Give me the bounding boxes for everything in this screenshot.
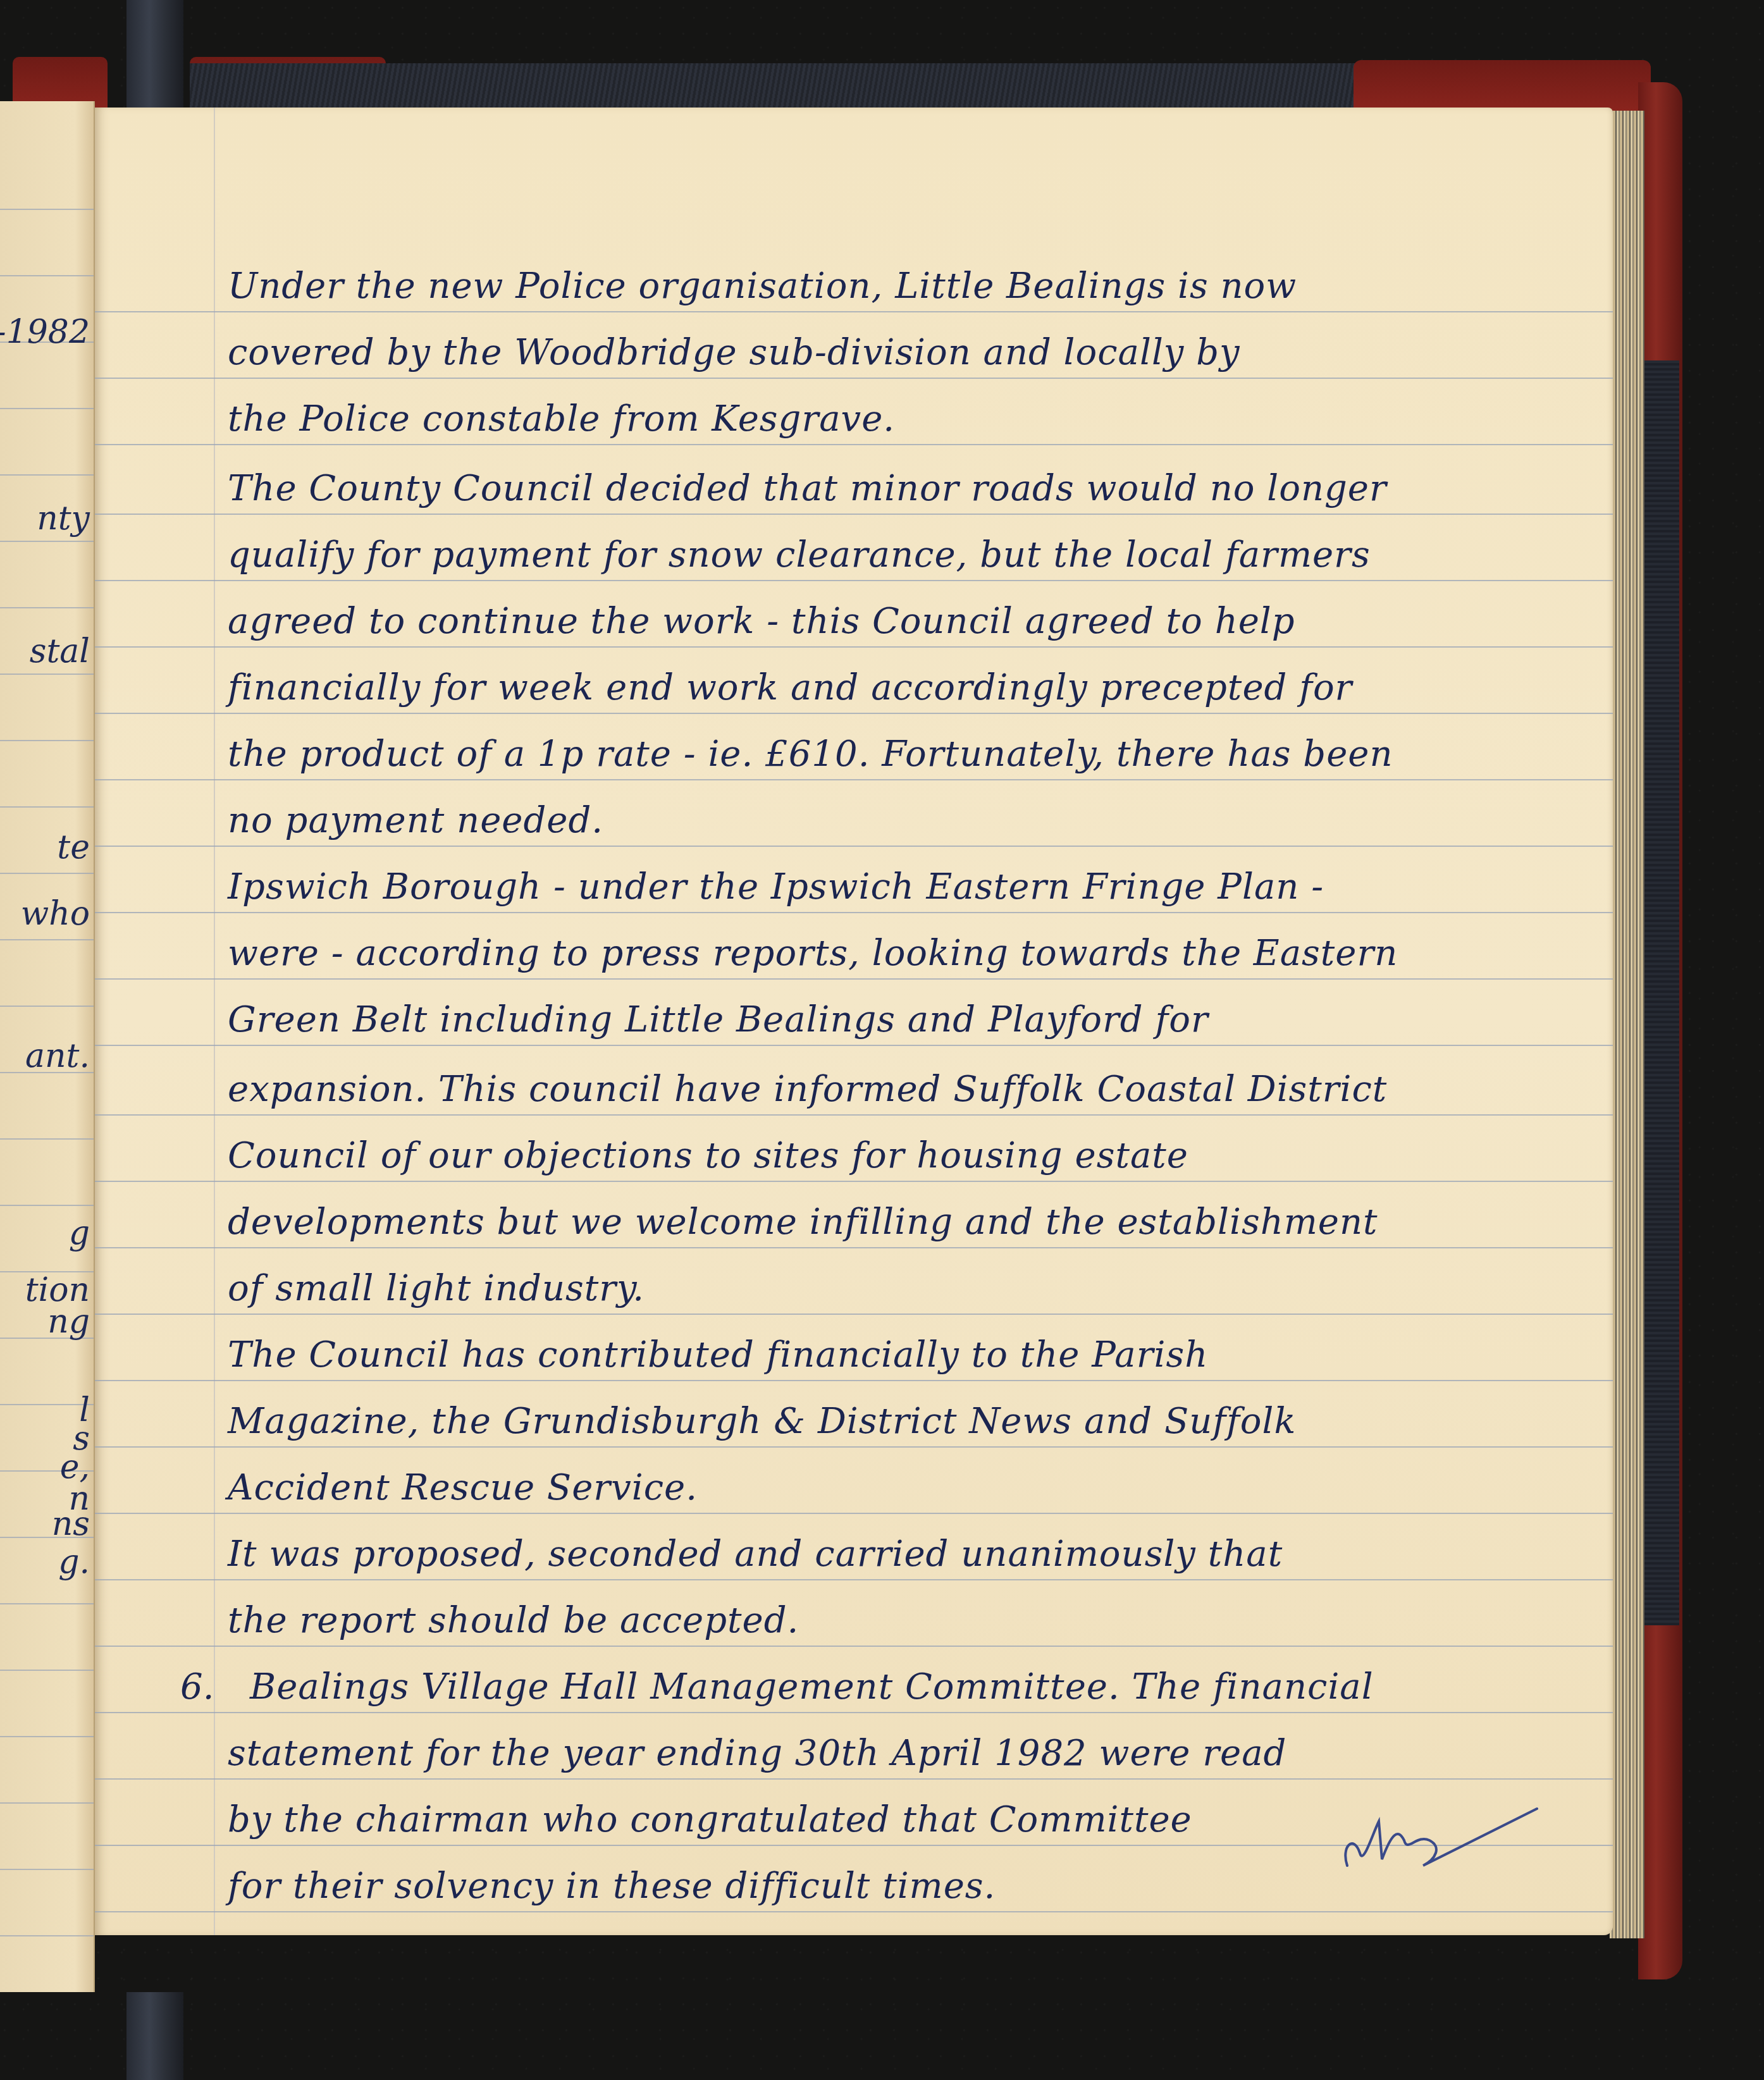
ruled-line <box>95 1646 1613 1647</box>
handwritten-line: no payment needed. <box>228 800 603 841</box>
left-page-text-fragment: ng <box>47 1303 90 1341</box>
ruled-line <box>0 1006 94 1007</box>
handwritten-line: the report should be accepted. <box>228 1600 799 1641</box>
ruled-line <box>0 674 94 675</box>
ruled-line <box>95 1314 1613 1315</box>
ruled-line <box>0 740 94 741</box>
ruled-line <box>0 1603 94 1604</box>
ruled-line <box>0 1205 94 1206</box>
ruled-line <box>0 806 94 808</box>
ruled-line <box>95 646 1613 648</box>
handwritten-line: covered by the Woodbridge sub-division a… <box>228 332 1240 373</box>
page-stack-edge <box>1610 111 1644 1938</box>
left-page-text-fragment: g. <box>58 1543 90 1581</box>
handwritten-line: financially for week end work and accord… <box>228 667 1352 708</box>
ruled-line <box>95 1181 1613 1182</box>
handwritten-line: were - according to press reports, looki… <box>228 933 1398 974</box>
ruled-line <box>0 1138 94 1140</box>
handwritten-line: expansion. This council have informed Su… <box>228 1069 1387 1110</box>
bookmark-ribbon-top <box>126 0 183 108</box>
ruled-line <box>95 912 1613 913</box>
ruled-line <box>95 1247 1613 1248</box>
ruled-line <box>95 978 1613 980</box>
ruled-line <box>0 1736 94 1737</box>
item-number: 6. <box>180 1666 214 1708</box>
ruled-line <box>95 444 1613 445</box>
minute-book-page: Under the new Police organisation, Littl… <box>95 108 1613 1935</box>
ruled-line <box>95 1911 1613 1912</box>
ruled-line <box>95 1579 1613 1580</box>
handwritten-line: Under the new Police organisation, Littl… <box>228 266 1297 307</box>
ruled-line <box>95 1045 1613 1046</box>
ruled-line <box>0 873 94 874</box>
ruled-line <box>95 846 1613 847</box>
handwritten-line: for their solvency in these difficult ti… <box>228 1866 996 1907</box>
ruled-line <box>0 1670 94 1671</box>
handwritten-line: Magazine, the Grundisburgh & District Ne… <box>228 1401 1296 1442</box>
left-page-text-fragment: ns <box>52 1505 90 1543</box>
handwritten-line: the Police constable from Kesgrave. <box>228 398 895 440</box>
ruled-line <box>95 1712 1613 1713</box>
ruled-line <box>0 1869 94 1870</box>
ruled-line <box>95 1114 1613 1116</box>
ruled-line <box>0 541 94 542</box>
cover-corner-right <box>1354 60 1651 111</box>
handwritten-line: qualify for payment for snow clearance, … <box>228 534 1371 575</box>
ruled-line <box>95 378 1613 379</box>
handwritten-line: the product of a 1p rate - ie. £610. For… <box>228 734 1393 775</box>
ruled-line <box>95 1513 1613 1514</box>
handwritten-line: statement for the year ending 30th April… <box>228 1733 1286 1774</box>
ruled-line <box>95 514 1613 515</box>
handwritten-line: Ipswich Borough - under the Ipswich East… <box>228 866 1324 908</box>
handwritten-line: of small light industry. <box>228 1268 645 1309</box>
ruled-line <box>0 209 94 210</box>
handwritten-line: by the chairman who congratulated that C… <box>228 1799 1192 1840</box>
left-page-text-fragment: who <box>21 895 90 933</box>
handwritten-line: The Council has contributed financially … <box>228 1334 1208 1375</box>
left-page-text-fragment: y -1982 <box>0 313 90 351</box>
initials-signature <box>1335 1796 1543 1891</box>
handwritten-line: Council of our objections to sites for h… <box>228 1135 1188 1176</box>
ruled-line <box>0 607 94 608</box>
ruled-line <box>95 580 1613 581</box>
ruled-line <box>0 408 94 409</box>
ruled-line <box>95 311 1613 312</box>
cover-cloth-right <box>1644 360 1679 1625</box>
ruled-line <box>95 1380 1613 1381</box>
ruled-line <box>0 1802 94 1804</box>
ruled-line <box>0 939 94 940</box>
handwritten-line: Green Belt including Little Bealings and… <box>228 999 1209 1040</box>
ruled-line <box>0 1935 94 1936</box>
handwritten-line: It was proposed, seconded and carried un… <box>228 1534 1283 1575</box>
handwritten-line: Bealings Village Hall Management Committ… <box>250 1666 1374 1708</box>
handwritten-line: Accident Rescue Service. <box>228 1467 698 1508</box>
ruled-line <box>95 713 1613 714</box>
ruled-line <box>95 1778 1613 1780</box>
left-page-text-fragment: g <box>69 1214 90 1252</box>
left-page: y -1982ntystaltewhoant.gtionnglse,nnsg. <box>0 101 95 1992</box>
handwritten-line: developments but we welcome infilling an… <box>228 1202 1378 1243</box>
left-page-text-fragment: stal <box>30 632 90 670</box>
ruled-line <box>95 779 1613 780</box>
left-page-text-fragment: nty <box>37 500 90 538</box>
left-page-text-fragment: ant. <box>25 1037 90 1075</box>
ruled-line <box>95 1446 1613 1448</box>
handwritten-line: agreed to continue the work - this Counc… <box>228 601 1295 642</box>
bookmark-ribbon-bottom <box>126 1992 183 2080</box>
handwritten-line: The County Council decided that minor ro… <box>228 468 1387 509</box>
left-page-text-fragment: te <box>57 828 90 866</box>
margin-line <box>214 108 215 1935</box>
ruled-line <box>0 275 94 276</box>
ruled-line <box>0 474 94 476</box>
